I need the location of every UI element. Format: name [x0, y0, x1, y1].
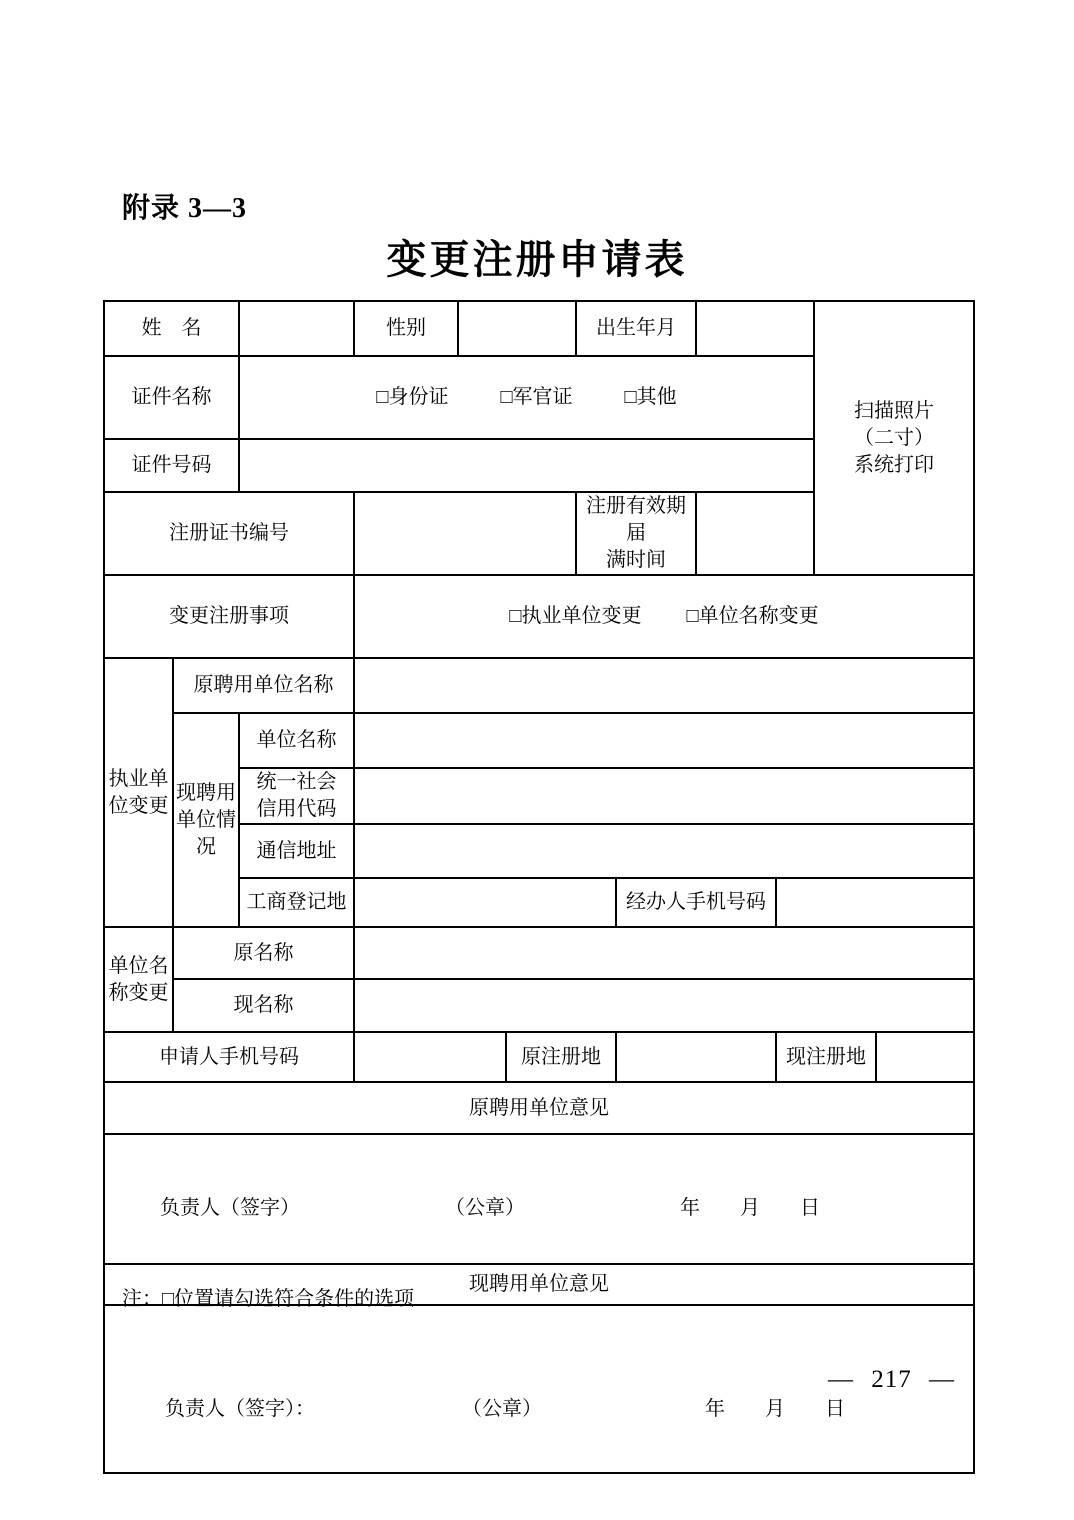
page-number: — 217 — [828, 1366, 955, 1394]
page-title: 变更注册申请表 [0, 228, 1074, 285]
date-label-2: 年 月 日 [705, 1396, 845, 1423]
new-name-label: 现名称 [173, 979, 354, 1032]
unit-name-input[interactable] [354, 713, 974, 768]
cert-number-label: 证件号码 [104, 439, 239, 492]
new-name-input[interactable] [354, 979, 974, 1032]
change-options-cell: □执业单位变更 □单位名称变更 [354, 575, 974, 658]
business-reg-place-label: 工商登记地 [239, 878, 354, 927]
row-change-items: 变更注册事项 □执业单位变更 □单位名称变更 [104, 575, 974, 658]
gender-label: 性别 [354, 301, 458, 356]
practice-unit-change-section-label: 执业单 位变更 [104, 658, 173, 927]
orig-employer-label: 原聘用单位名称 [173, 658, 354, 713]
curr-employer-info-label: 现聘用 单位情 况 [173, 713, 239, 927]
agent-phone-input[interactable] [776, 878, 974, 927]
mail-address-input[interactable] [354, 824, 974, 878]
cert-options-cell: □身份证 □军官证 □其他 [239, 356, 814, 439]
unit-name-change-section-label: 单位名 称变更 [104, 927, 173, 1032]
orig-reg-place-input[interactable] [616, 1032, 776, 1082]
cert-name-label: 证件名称 [104, 356, 239, 439]
unit-name-label: 单位名称 [239, 713, 354, 768]
checkbox-officer-card[interactable]: □军官证 [500, 384, 572, 411]
row-applicant-phone: 申请人手机号码 原注册地 现注册地 [104, 1032, 974, 1082]
checkbox-id-card[interactable]: □身份证 [376, 384, 448, 411]
name-input[interactable] [239, 301, 354, 356]
checkbox-practice-unit-change[interactable]: □执业单位变更 [509, 603, 641, 630]
curr-reg-place-input[interactable] [876, 1032, 974, 1082]
business-reg-place-input[interactable] [354, 878, 616, 927]
reg-cert-no-label: 注册证书编号 [104, 492, 354, 575]
change-items-label: 变更注册事项 [104, 575, 354, 658]
row-new-name: 现名称 [104, 979, 974, 1032]
reg-cert-no-input[interactable] [354, 492, 576, 575]
row-orig-employer: 执业单 位变更 原聘用单位名称 [104, 658, 974, 713]
date-label-1: 年 月 日 [680, 1195, 820, 1222]
row-name: 姓 名 性别 出生年月 扫描照片 （二寸） 系统打印 [104, 301, 974, 356]
mail-address-label: 通信地址 [239, 824, 354, 878]
reg-expiry-label: 注册有效期届 满时间 [576, 492, 696, 575]
credit-code-input[interactable] [354, 768, 974, 824]
row-orig-opinion-signature: 负责人（签字） （公章） 年 月 日 [104, 1134, 974, 1264]
curr-reg-place-label: 现注册地 [776, 1032, 876, 1082]
orig-employer-opinion-label: 原聘用单位意见 [104, 1082, 974, 1134]
orig-reg-place-label: 原注册地 [506, 1032, 616, 1082]
credit-code-label: 统一社会 信用代码 [239, 768, 354, 824]
checkbox-other-card[interactable]: □其他 [625, 384, 677, 411]
checkbox-unit-name-change[interactable]: □单位名称变更 [687, 603, 819, 630]
name-label: 姓 名 [104, 301, 239, 356]
orig-opinion-signature-cell[interactable]: 负责人（签字） （公章） 年 月 日 [104, 1134, 974, 1264]
leader-signature-label-2: 负责人（签字）： [165, 1396, 315, 1423]
applicant-phone-input[interactable] [354, 1032, 506, 1082]
birth-input[interactable] [696, 301, 814, 356]
footnote: 注：□位置请勾选符合条件的选项 [122, 1282, 414, 1311]
orig-employer-input[interactable] [354, 658, 974, 713]
official-seal-label-2: （公章） [462, 1396, 542, 1423]
birth-label: 出生年月 [576, 301, 696, 356]
old-name-input[interactable] [354, 927, 974, 979]
old-name-label: 原名称 [173, 927, 354, 979]
appendix-label: 附录 3—3 [122, 186, 247, 226]
row-old-name: 单位名 称变更 原名称 [104, 927, 974, 979]
reg-expiry-input[interactable] [696, 492, 814, 575]
official-seal-label-1: （公章） [445, 1195, 525, 1222]
row-unit-name: 现聘用 单位情 况 单位名称 [104, 713, 974, 768]
applicant-phone-label: 申请人手机号码 [104, 1032, 354, 1082]
document-page: 附录 3—3 变更注册申请表 姓 名 性别 出生年月 扫描照片 （二寸） 系统打… [0, 0, 1074, 1520]
agent-phone-label: 经办人手机号码 [616, 878, 776, 927]
leader-signature-label-1: 负责人（签字） [160, 1195, 300, 1222]
photo-box: 扫描照片 （二寸） 系统打印 [814, 301, 974, 575]
cert-number-input[interactable] [239, 439, 814, 492]
row-orig-opinion-header: 原聘用单位意见 [104, 1082, 974, 1134]
gender-input[interactable] [458, 301, 576, 356]
